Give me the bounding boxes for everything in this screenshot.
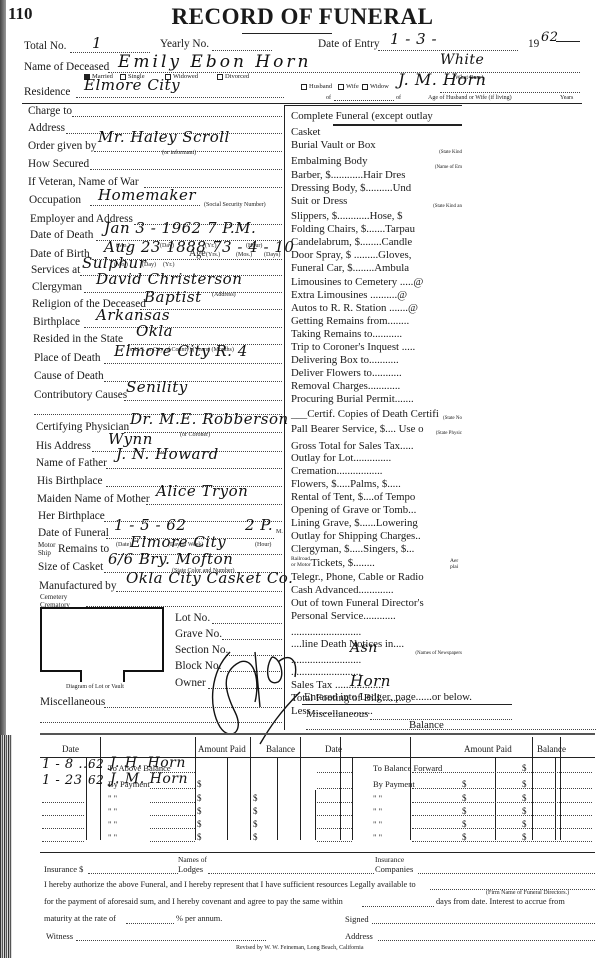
wife-label: Wife bbox=[346, 83, 359, 90]
footer-top-rule bbox=[40, 852, 595, 853]
page-binding-edge bbox=[0, 0, 6, 735]
signed-field[interactable] bbox=[372, 923, 595, 924]
header-divider bbox=[22, 103, 582, 104]
charge-item: Folding Chairs, $.......Tarpau bbox=[291, 223, 415, 235]
charge-sub-label-vault: (State Kind bbox=[439, 150, 462, 155]
charge-item: ....line Death Notices in.... bbox=[291, 638, 404, 650]
ledger-left-handwritten: J. M. Horn bbox=[110, 771, 188, 787]
charge-item: Cremation................. bbox=[291, 465, 382, 477]
widow-checkbox[interactable]: Widow bbox=[362, 83, 389, 90]
charge-item: Dressing Body, $..........Und bbox=[291, 182, 411, 194]
misc-field-right[interactable] bbox=[370, 719, 512, 720]
year-value: 62 bbox=[541, 30, 559, 45]
ledger-left-handwritten: J. H. Horn bbox=[110, 755, 186, 771]
ledger-right-row-field[interactable] bbox=[412, 788, 592, 789]
residence-label: Residence bbox=[24, 86, 70, 98]
companies-field[interactable] bbox=[418, 873, 595, 874]
father-field[interactable] bbox=[106, 468, 282, 469]
spouse-of-field[interactable] bbox=[334, 100, 394, 101]
misc-label-left: Miscellaneous bbox=[40, 696, 105, 708]
charge-item: Burial Vault or Box bbox=[291, 139, 376, 151]
spouse-of-label: of bbox=[326, 95, 331, 101]
funeral-sub-hour: (Hour) bbox=[255, 542, 271, 548]
her-birthplace-label: Her Birthplace bbox=[38, 510, 105, 522]
ledger-column-divider bbox=[352, 758, 353, 840]
ship-label: Ship bbox=[38, 549, 51, 557]
signed-label: Signed bbox=[345, 914, 369, 924]
ledger-right-balance-header: Balance bbox=[537, 744, 566, 754]
physician-value: Dr. M.E. Robberson bbox=[130, 410, 289, 428]
ledger-right-row-field[interactable] bbox=[412, 772, 592, 773]
charge-to-field[interactable] bbox=[72, 116, 282, 117]
ledger-left-balance[interactable]: $ bbox=[253, 806, 258, 816]
ledger-left-amount[interactable]: $ bbox=[197, 819, 202, 829]
companies-label-top: Insurance bbox=[375, 855, 404, 864]
date-of-birth-label: Date of Birth bbox=[30, 248, 90, 260]
ledger-right-date-field[interactable] bbox=[317, 788, 352, 789]
entered-ledger-rule bbox=[302, 704, 512, 705]
charge-item: Embalming Body bbox=[291, 155, 367, 167]
total-no-label: Total No. bbox=[24, 40, 67, 52]
mother-label: Maiden Name of Mother bbox=[37, 493, 150, 505]
ledger-left-year: 62 bbox=[88, 757, 104, 771]
date-of-death-value: Jan 3 - 1962 7 P.M. bbox=[104, 219, 256, 237]
ledger-left-date-field[interactable] bbox=[42, 828, 84, 829]
age-label: Age bbox=[189, 248, 206, 259]
widow-label: Widow bbox=[370, 83, 389, 90]
ledger-right-row-field[interactable] bbox=[412, 841, 592, 842]
ledger-left-balance[interactable]: $ bbox=[253, 793, 258, 803]
address-label: Address bbox=[28, 122, 65, 134]
charge-item: Getting Remains from........ bbox=[291, 315, 409, 327]
motor-label: Motor bbox=[38, 541, 56, 549]
father-value: J. N. Howard bbox=[116, 445, 219, 463]
ledger-left-amount[interactable]: $ bbox=[197, 806, 202, 816]
cause-of-death-label: Cause of Death bbox=[34, 370, 104, 382]
husband-label: Husband bbox=[309, 83, 332, 90]
father-label: Name of Father bbox=[36, 457, 107, 469]
occupation-value: Homemaker bbox=[98, 186, 196, 204]
ledger-right-date-field[interactable] bbox=[317, 772, 352, 773]
birth-sub-mos: (Mos.) bbox=[236, 252, 252, 258]
ledger-left-desc: " " bbox=[108, 819, 117, 829]
ledger-right-desc: By Payment bbox=[373, 779, 415, 789]
charge-item: Limousines to Cemetery .....@ bbox=[291, 276, 423, 288]
manufactured-by-value: Okla City Casket Co. bbox=[126, 569, 293, 587]
ledger-left-desc: " " bbox=[108, 793, 117, 803]
lodges-label: Lodges bbox=[178, 864, 203, 874]
order-given-value: Mr. Haley Scroll bbox=[98, 128, 230, 146]
title-underline bbox=[242, 33, 332, 34]
charge-item: Clergyman, $.....Singers, $... bbox=[291, 543, 414, 555]
charge-item: Complete Funeral (except outlay bbox=[291, 110, 433, 122]
ledger-left-amount[interactable]: $ bbox=[197, 793, 202, 803]
ledger-right-date-field[interactable] bbox=[317, 841, 352, 842]
firm-name-label: (Firm Name of Funeral Directors.) bbox=[486, 890, 569, 896]
ledger-right-date-field[interactable] bbox=[317, 802, 352, 803]
birthplace-field[interactable] bbox=[84, 327, 282, 328]
ledger-right-row-field[interactable] bbox=[412, 815, 592, 816]
ledger-left-date: 1 - 23 bbox=[42, 773, 82, 788]
charge-item: Flowers, $.....Palms, $..... bbox=[291, 478, 401, 490]
occupation-field[interactable] bbox=[90, 205, 200, 206]
address-field-footer[interactable] bbox=[378, 940, 595, 941]
deceased-name-label: Name of Deceased bbox=[24, 61, 109, 73]
lot-diagram-stem-left bbox=[80, 670, 82, 682]
contributory-field[interactable] bbox=[124, 400, 282, 401]
remains-to-label: Remains to bbox=[58, 543, 109, 555]
charge-item: Funeral Car, $........Ambula bbox=[291, 262, 409, 274]
rate-field[interactable] bbox=[126, 923, 174, 924]
motor-label-charges: or Motor bbox=[291, 562, 462, 568]
charge-item: Autos to R. R. Station .......@ bbox=[291, 302, 418, 314]
casket-size-value: 6/6 Bry. Mofton bbox=[108, 550, 233, 568]
ledger-left-date: 1 - 8 ... bbox=[42, 757, 92, 772]
total-no-value: 1 bbox=[92, 34, 102, 52]
services-at-label: Services at bbox=[31, 264, 80, 276]
charge-item: Telegr., Phone, Cable or Radio bbox=[291, 571, 424, 583]
ledger-column-divider bbox=[277, 758, 278, 840]
ledger-left-amount-header: Amount Paid bbox=[198, 744, 246, 754]
religion-value: Baptist bbox=[144, 288, 202, 306]
charge-item: Deliver Flowers to........... bbox=[291, 367, 402, 379]
deceased-name-value: Emily Ebon Horn bbox=[118, 52, 311, 72]
charge-sub-label-permit: (State No bbox=[443, 416, 462, 421]
misc-field-right-2[interactable] bbox=[306, 729, 596, 730]
contributory-value: Senility bbox=[126, 378, 188, 396]
charge-item: Lining Grave, $......Lowering bbox=[291, 517, 418, 529]
ledger-right-desc: " " bbox=[373, 819, 382, 829]
ledger-left-balance-header: Balance bbox=[266, 744, 295, 754]
ssn-label: (Social Security Number) bbox=[204, 202, 266, 208]
charge-item: Personal Service............ bbox=[291, 610, 396, 622]
witness-label: Witness bbox=[46, 931, 73, 941]
lot-diagram-box bbox=[40, 607, 164, 670]
how-secured-field[interactable] bbox=[90, 169, 282, 170]
ledger-right-date-field[interactable] bbox=[317, 815, 352, 816]
spouse-of2-label: of bbox=[396, 95, 401, 101]
ledger-top-rule bbox=[40, 733, 595, 735]
ledger-column-divider bbox=[195, 737, 196, 840]
coroner-label: (or Coroner) bbox=[180, 432, 210, 438]
revised-credit: Revised by W. W. Feineman, Long Beach, C… bbox=[236, 945, 363, 951]
birth-sub-yrs: (Yrs.) bbox=[206, 252, 220, 258]
year-stroke bbox=[556, 41, 580, 42]
his-birthplace-label: His Birthplace bbox=[37, 475, 103, 487]
his-address-label: His Address bbox=[36, 440, 91, 452]
charge-sub-label-suit: (State Kind an bbox=[433, 204, 462, 209]
spouse-name-value: J. M. Horn bbox=[398, 70, 486, 89]
ledger-left-date-field[interactable] bbox=[42, 815, 84, 816]
charge-item: Candelabrum, $........Candle bbox=[291, 236, 412, 248]
ledger-left-year: 62 bbox=[88, 773, 104, 787]
date-of-death-label: Date of Death bbox=[30, 229, 93, 241]
ledger-left-date-field[interactable] bbox=[42, 841, 84, 842]
charge-item: Out of town Funeral Director's bbox=[291, 597, 424, 609]
wife-checkbox[interactable]: Wife bbox=[338, 83, 359, 90]
charge-item: Slippers, $............Hose, $ bbox=[291, 210, 403, 222]
mother-field[interactable] bbox=[146, 504, 282, 505]
ledger-left-balance[interactable]: $ bbox=[253, 819, 258, 829]
charge-sub-label-embalming: (Name of Em bbox=[435, 165, 462, 170]
ledger-right-row-field[interactable] bbox=[412, 828, 592, 829]
clergyman-label: Clergyman bbox=[32, 281, 82, 293]
cemetery-label: Cemetery bbox=[40, 593, 67, 601]
lot-no-field[interactable] bbox=[212, 623, 282, 624]
ledger-left-desc-field[interactable] bbox=[150, 788, 195, 789]
page-title: RECORD OF FUNERAL bbox=[0, 4, 605, 30]
authorize-text: I hereby authorize the above Funeral, an… bbox=[44, 880, 416, 889]
funeral-date-value: 1 - 5 - 62 bbox=[114, 516, 186, 534]
payment-text: for the payment of aforesaid sum, and I … bbox=[44, 897, 343, 906]
page-binding-edge-lower bbox=[0, 735, 12, 958]
clergyman-value: David Christerson bbox=[96, 270, 242, 288]
occupation-label: Occupation bbox=[29, 194, 81, 206]
complete-funeral-underline bbox=[333, 124, 462, 126]
ledger-left-desc-field[interactable] bbox=[150, 841, 195, 842]
less-value: Asn bbox=[350, 640, 378, 656]
ledger-right-date-field[interactable] bbox=[317, 828, 352, 829]
funeral-m-label: M. bbox=[276, 529, 283, 535]
lot-no-label: Lot No. bbox=[175, 612, 210, 624]
charge-item: Barber, $............Hair Dres bbox=[291, 169, 405, 181]
ledger-column-divider bbox=[315, 790, 316, 840]
charge-item: Rental of Tent, $....of Tempo bbox=[291, 491, 415, 503]
how-secured-label: How Secured bbox=[28, 158, 89, 170]
race-value: White bbox=[440, 52, 484, 68]
charge-item: Trip to Coroner's Inquest ..... bbox=[291, 341, 415, 353]
charge-item: Removal Charges............ bbox=[291, 380, 400, 392]
lodges-label-top: Names of bbox=[178, 855, 207, 864]
insurance-label: Insurance $ bbox=[44, 864, 83, 874]
ledger-left-desc-field[interactable] bbox=[150, 815, 195, 816]
ledger-left-date-header: Date bbox=[62, 744, 79, 754]
charge-item: Procuring Burial Permit....... bbox=[291, 393, 414, 405]
charge-item: Gross Total for Sales Tax..... bbox=[291, 440, 414, 452]
ledger-left-desc-field[interactable] bbox=[150, 828, 195, 829]
days-field[interactable] bbox=[362, 906, 434, 907]
manufactured-by-label: Manufactured by bbox=[39, 580, 116, 592]
age-value: 73 - 4 - 10 bbox=[212, 238, 294, 256]
ledger-left-amount[interactable]: $ bbox=[197, 832, 202, 842]
charge-to-label: Charge to bbox=[28, 105, 72, 117]
charge-item: Pall Bearer Service, $.... Use o bbox=[291, 423, 424, 435]
ledger-left-date-field[interactable] bbox=[42, 802, 84, 803]
insurance-field[interactable] bbox=[88, 873, 178, 874]
ledger-column-divider bbox=[100, 737, 101, 840]
entered-ledger-label: Entered into Ledger, page......or below. bbox=[304, 691, 472, 703]
place-of-death-value: Elmore City R. 4 bbox=[114, 342, 248, 360]
per-annum-text: % per annum. bbox=[176, 914, 222, 923]
charge-item: ___Certif. Copies of Death Certifi bbox=[291, 408, 439, 420]
yearly-no-label: Yearly No. bbox=[160, 38, 209, 50]
charges-panel: Complete Funeral (except outlayCasketBur… bbox=[284, 105, 462, 730]
divorced-checkbox[interactable]: Divorced bbox=[217, 73, 249, 80]
lot-diagram-stem-right bbox=[123, 670, 125, 682]
charge-item: .......................... bbox=[291, 626, 361, 638]
lot-diagram-foot-left bbox=[40, 670, 82, 672]
spouse-name-field[interactable] bbox=[440, 92, 580, 93]
ledger-right-row-field[interactable] bbox=[412, 802, 592, 803]
charge-sub-label-certif: (State Physic bbox=[436, 431, 462, 436]
ledger-right-date-header: Date bbox=[325, 744, 342, 754]
companies-label: Companies bbox=[375, 864, 413, 874]
ledger-left-desc: " " bbox=[108, 806, 117, 816]
date-of-entry-field[interactable] bbox=[378, 50, 518, 51]
ledger-right-amount-header: Amount Paid bbox=[464, 744, 512, 754]
days-text: days from date. Interest to accrue from bbox=[436, 897, 565, 906]
funeral-hour-value: 2 P. bbox=[245, 516, 273, 534]
ledger-column-divider bbox=[300, 737, 301, 840]
charge-sub-label-newspapers: (Names of Newspapers bbox=[415, 651, 462, 656]
ledger-left-amount[interactable]: $ bbox=[197, 779, 202, 789]
maturity-text: maturity at the rate of bbox=[44, 914, 116, 923]
witness-field[interactable] bbox=[76, 940, 266, 941]
charge-item: Casket bbox=[291, 126, 320, 138]
balance-signature: Horn bbox=[350, 672, 391, 690]
lot-diagram-foot-right bbox=[123, 670, 164, 672]
ledger-left-balance[interactable]: $ bbox=[253, 832, 258, 842]
contributory-label: Contributory Causes bbox=[34, 389, 127, 401]
casket-size-label: Size of Casket bbox=[38, 561, 103, 573]
place-of-death-label: Place of Death bbox=[34, 352, 101, 364]
mother-value: Alice Tryon bbox=[156, 482, 248, 500]
resided-value: Okla bbox=[136, 322, 173, 340]
husband-checkbox[interactable]: Husband bbox=[301, 83, 332, 90]
charge-item: Delivering Box to........... bbox=[291, 354, 399, 366]
manufactured-by-field[interactable] bbox=[116, 591, 282, 592]
residence-field[interactable] bbox=[76, 97, 284, 98]
order-given-label: Order given by bbox=[28, 140, 96, 152]
date-of-entry-value: 1 - 3 - bbox=[390, 30, 437, 48]
charge-item: Door Spray, $ .........Gloves, bbox=[291, 249, 411, 261]
charge-item: Opening of Grave or Tomb... bbox=[291, 504, 416, 516]
charge-item: Outlay for Lot.............. bbox=[291, 452, 391, 464]
diagram-label: Diagram of Lot or Vault bbox=[66, 684, 124, 690]
charge-item: Cash Advanced............. bbox=[291, 584, 394, 596]
residence-value: Elmore City bbox=[84, 76, 180, 94]
resided-label: Resided in the State bbox=[33, 333, 123, 345]
ledger-column-divider bbox=[250, 737, 251, 840]
divorced-label: Divorced bbox=[225, 73, 249, 80]
misc-label-right: Miscellaneous bbox=[306, 708, 368, 720]
yearly-no-field[interactable] bbox=[212, 50, 272, 51]
birth-sub-yr: (Yr.) bbox=[163, 262, 175, 268]
lodges-field[interactable] bbox=[208, 873, 374, 874]
charge-item: Extra Limousines ..........@ bbox=[291, 289, 407, 301]
clergy-address-label: (Address) bbox=[212, 292, 236, 298]
charge-item: Taking Remains to........... bbox=[291, 328, 402, 340]
spouse-age-label: Age of Husband or Wife (if living) bbox=[428, 95, 512, 101]
years-label: Years bbox=[560, 95, 573, 101]
ledger-right-desc: " " bbox=[373, 806, 382, 816]
year-prefix: 19 bbox=[528, 38, 539, 50]
ledger-right-desc: " " bbox=[373, 832, 382, 842]
charge-item: Outlay for Shipping Charges.. bbox=[291, 530, 421, 542]
ledger-left-desc: " " bbox=[108, 832, 117, 842]
birthplace-label: Birthplace bbox=[33, 316, 80, 328]
birth-sub-days: (Days) bbox=[264, 252, 280, 258]
ledger-column-divider bbox=[227, 758, 228, 840]
ledger-right-desc: " " bbox=[373, 793, 382, 803]
address-label-footer: Address bbox=[345, 931, 373, 941]
date-of-entry-label: Date of Entry bbox=[318, 38, 379, 50]
aero-label: Aer plai bbox=[450, 558, 460, 570]
place-of-death-field[interactable] bbox=[104, 363, 282, 364]
funeral-date-label: Date of Funeral bbox=[38, 527, 109, 539]
informant-label: (or informant) bbox=[162, 150, 196, 156]
remains-to-value: Elmore City bbox=[130, 533, 226, 551]
ledger-left-desc-field[interactable] bbox=[150, 802, 195, 803]
charge-item: Suit or Dress bbox=[291, 195, 347, 207]
